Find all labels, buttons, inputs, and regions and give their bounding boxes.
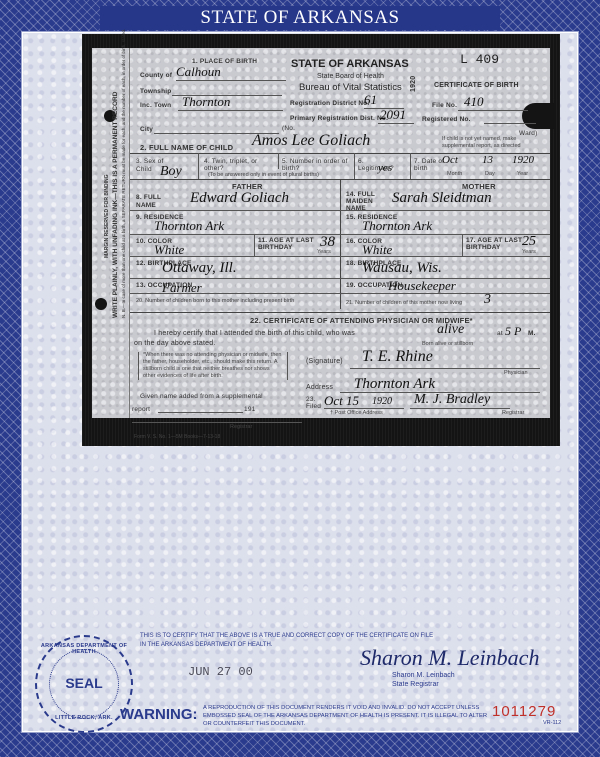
registered-no-label: Registered No. (422, 116, 471, 123)
post-office-note: † Post Office Address (330, 410, 383, 416)
township-label: Township (140, 88, 171, 95)
certificate-number-stamp: L 409 (460, 52, 499, 67)
registrar-signature: Sharon M. Leinbach (360, 645, 539, 671)
header-board: State Board of Health (317, 73, 384, 80)
month-label: Month (447, 171, 462, 177)
state-banner: STATE OF ARKANSAS (100, 6, 500, 30)
mother-name-label: 14. FULL MAIDEN NAME (346, 191, 386, 212)
margin-permanent-text: WRITE PLAINLY, WITH UNFADING INK—THIS IS… (112, 92, 119, 318)
given-name-note: Given name added from a supplemental (140, 393, 263, 400)
form-code: Form V. S. No. 1—5M Books—7-13-18 (134, 434, 220, 440)
alive-value: alive (437, 322, 464, 338)
father-name-value: Edward Goliach (190, 190, 289, 207)
dob-day: 13 (482, 154, 493, 166)
no-label: (No. (282, 125, 295, 132)
attendant-statement: I hereby certify that I attended the bir… (154, 330, 355, 337)
plural-note: (To be answered only in event of plural … (208, 172, 319, 178)
binding-hole-icon (95, 298, 107, 310)
day-label: Day (485, 171, 495, 177)
reg-district-value: 61 (364, 92, 377, 108)
father-years-label: Years (317, 249, 331, 255)
margin-note-text: N. B.—In case of more than one child at … (121, 29, 126, 318)
signature-label: (Signature) (306, 358, 343, 365)
reg-district-label: Registration District No. (290, 100, 369, 107)
time-value: 5 P (505, 324, 521, 339)
order-label: 5. Number in order of birth? (282, 158, 352, 172)
torn-notch (522, 103, 556, 129)
registrar-title: State Registrar (392, 680, 455, 689)
warning-text: A REPRODUCTION OF THIS DOCUMENT RENDERS … (203, 704, 493, 728)
attendant-footnote: *When there was no attending physician o… (138, 352, 288, 380)
registrar-name-block: Sharon M. Leinbach State Registrar (392, 671, 455, 689)
filed-by-value: M. J. Bradley (414, 392, 490, 408)
child-name-value: Amos Lee Goliach (252, 132, 370, 150)
header-bureau: Bureau of Vital Statistics (299, 82, 402, 93)
registrar-label: Registrar (230, 424, 252, 430)
m-label: M. (528, 330, 536, 337)
town-value: Thornton (182, 94, 230, 110)
address-label: Address (306, 384, 333, 391)
registrar-name: Sharon M. Leinbach (392, 671, 455, 680)
father-birthplace-value: Ottaway, Ill. (162, 260, 237, 277)
vr-form-code: VR-112 (543, 720, 561, 726)
children-living-value: 3 (484, 292, 491, 308)
seal-word: SEAL (37, 675, 131, 691)
mother-occupation-value: Housekeeper (388, 278, 456, 294)
mother-birthplace-value: Wausau, Wis. (362, 260, 442, 277)
birth-certificate: MARGIN RESERVED FOR BINDING WRITE PLAINL… (92, 48, 550, 418)
alive-sub-label: Born alive or stillborn (422, 341, 473, 347)
warning-label: WARNING: (120, 706, 198, 723)
attendant-statement-2: on the day above stated. (134, 340, 215, 347)
mother-name-value: Sarah Sleidtman (392, 190, 492, 207)
mother-years-label: Years (522, 249, 536, 255)
twin-label: 4. Twin, triplet, or other? (204, 158, 274, 172)
children-born-label: 20. Number of children born to this moth… (136, 298, 336, 305)
report-year: 191 (244, 406, 255, 413)
dob-month: Oct (442, 154, 458, 166)
year-stamp: 1920 (410, 76, 417, 92)
certificate-type: CERTIFICATE OF BIRTH (434, 82, 519, 89)
file-no-label: File No. (432, 102, 457, 109)
primary-reg-value: 2091 (380, 107, 406, 123)
filed-registrar-label: Registrar (502, 410, 524, 416)
margin-binding-text: MARGIN RESERVED FOR BINDING (104, 174, 110, 258)
primary-reg-label: Primary Registration Dist. No. (290, 115, 388, 122)
banner-title: STATE OF ARKANSAS (200, 7, 399, 29)
physician-label: Physician (504, 370, 528, 376)
unnamed-note: If child is not yet named, make suppleme… (442, 136, 542, 150)
at-label: at (497, 330, 503, 337)
binding-margin: MARGIN RESERVED FOR BINDING WRITE PLAINL… (92, 48, 130, 418)
serial-number: 1011279 (492, 703, 556, 720)
signature-value: T. E. Rhine (362, 348, 433, 366)
file-no-value: 410 (464, 94, 484, 110)
filed-year: 1920 (372, 396, 392, 407)
report-label: report (132, 406, 150, 413)
header-state: STATE OF ARKANSAS (291, 58, 409, 70)
year-label: Year (517, 171, 528, 177)
address-value: Thornton Ark (354, 376, 435, 393)
mother-residence-value: Thornton Ark (362, 218, 432, 234)
town-label: Inc. Town (140, 102, 171, 109)
father-residence-value: Thornton Ark (154, 218, 224, 234)
mother-age-value: 25 (522, 234, 536, 250)
department-seal: ARKANSAS DEPARTMENT OF HEALTH SEAL LITTL… (35, 635, 133, 733)
dob-year: 1920 (512, 154, 534, 166)
city-label: City (140, 126, 153, 133)
county-value: Calhoun (176, 64, 221, 80)
children-living-label: 21. Number of children of this mother no… (346, 300, 462, 306)
legit-value: yes (378, 162, 392, 174)
filed-value: Oct 15 (324, 393, 359, 409)
sex-value: Boy (160, 164, 182, 180)
seal-bottom-text: LITTLE ROCK, ARK. (37, 715, 131, 721)
date-stamp: JUN 27 00 (188, 665, 253, 679)
father-name-label: 8. FULL NAME (136, 194, 176, 210)
child-name-label: 2. FULL NAME OF CHILD (140, 143, 233, 152)
county-label: County of (140, 72, 172, 79)
